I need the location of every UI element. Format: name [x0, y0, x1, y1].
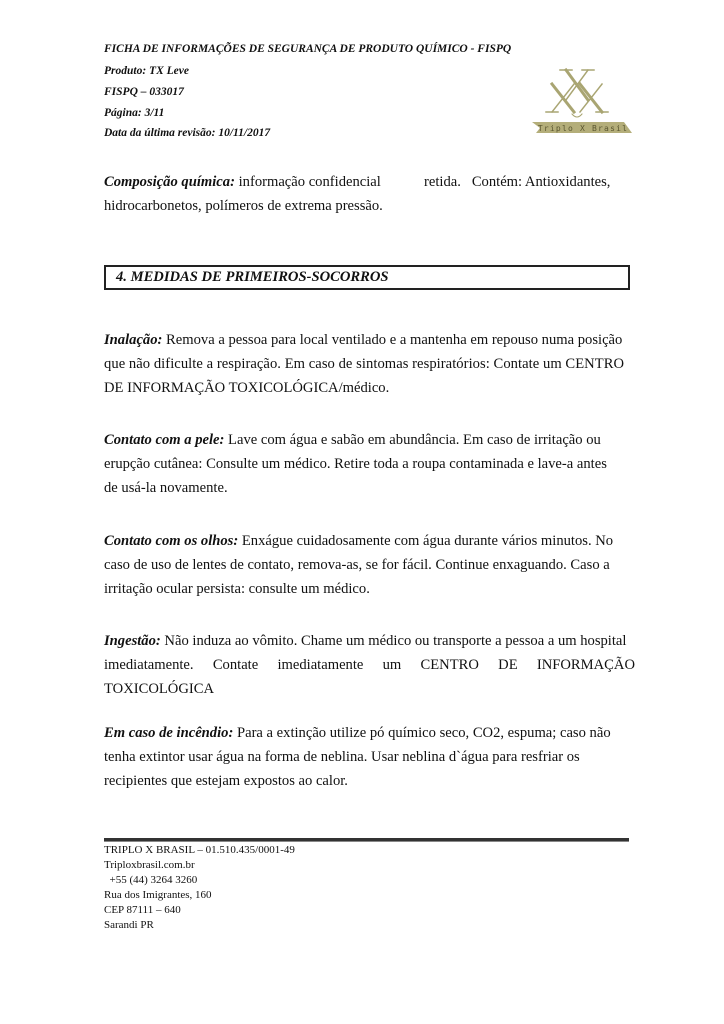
composition-label: Composição química: [104, 174, 235, 190]
fire-label: Em caso de incêndio: [104, 725, 233, 741]
fispq-number: FISPQ – 033017 [104, 85, 184, 99]
inhalation-line2: que não dificulte a respiração. Em caso … [104, 352, 635, 376]
composition-text-line2: hidrocarbonetos, polímeros de extrema pr… [104, 194, 635, 218]
fire-line2: tenha extintor usar água na forma de neb… [104, 745, 635, 769]
footer-city: Sarandi PR [104, 918, 154, 933]
eyes-line2: caso de uso de lentes de contato, remova… [104, 553, 635, 577]
page-number: Página: 3/11 [104, 106, 164, 120]
product-name: Produto: TX Leve [104, 64, 189, 78]
svg-text:Triplo X Brasil: Triplo X Brasil [538, 124, 628, 133]
skin-line3: de usá-la novamente. [104, 476, 635, 500]
triple-x-logo-icon: Triplo X Brasil [528, 62, 638, 140]
ingestion-line2: imediatamente. Contate imediatamente um … [104, 653, 635, 677]
eyes-line1: Enxágue cuidadosamente com água durante … [242, 533, 613, 549]
skin-contact-paragraph: Contato com a pele: Lave com água e sabã… [104, 428, 635, 500]
inhalation-line3: DE INFORMAÇÃO TOXICOLÓGICA/médico. [104, 376, 635, 400]
composition-text-left: informação confidencial [239, 174, 381, 190]
section-heading-box: 4. MEDIDAS DE PRIMEIROS-SOCORROS [104, 265, 630, 290]
eye-contact-paragraph: Contato com os olhos: Enxágue cuidadosam… [104, 529, 635, 601]
ingestion-paragraph: Ingestão: Não induza ao vômito. Chame um… [104, 629, 635, 701]
ingestion-line3: TOXICOLÓGICA [104, 677, 635, 701]
ingestion-line1: Não induza ao vômito. Chame um médico ou… [164, 633, 626, 649]
inhalation-label: Inalação: [104, 332, 162, 348]
composition-text-right: retida. Contém: Antioxidantes, [424, 170, 610, 194]
skin-line1: Lave com água e sabão em abundância. Em … [228, 432, 601, 448]
skin-contact-label: Contato com a pele: [104, 432, 224, 448]
word: imediatamente. [104, 653, 194, 677]
fire-line1: Para a extinção utilize pó químico seco,… [237, 725, 611, 741]
eyes-line3: irritação ocular persista: consulte um m… [104, 577, 635, 601]
section-title: 4. MEDIDAS DE PRIMEIROS-SOCORROS [116, 268, 389, 287]
word: INFORMAÇÃO [537, 653, 635, 677]
skin-line2: erupção cutânea: Consulte um médico. Ret… [104, 452, 635, 476]
inhalation-line1: Remova a pessoa para local ventilado e a… [166, 332, 622, 348]
fire-paragraph: Em caso de incêndio: Para a extinção uti… [104, 721, 635, 793]
word: imediatamente [277, 653, 363, 677]
company-logo: Triplo X Brasil [528, 62, 638, 140]
revision-date: Data da última revisão: 10/11/2017 [104, 126, 270, 140]
inhalation-paragraph: Inalação: Remova a pessoa para local ven… [104, 328, 635, 400]
word: Contate [213, 653, 258, 677]
word: DE [498, 653, 517, 677]
fire-line3: recipientes que estejam expostos ao calo… [104, 769, 635, 793]
eye-contact-label: Contato com os olhos: [104, 533, 238, 549]
footer-company: TRIPLO X BRASIL – 01.510.435/0001-49 [104, 843, 295, 858]
ingestion-label: Ingestão: [104, 633, 161, 649]
footer-address: Rua dos Imigrantes, 160 [104, 888, 212, 903]
footer-website[interactable]: Triploxbrasil.com.br [104, 858, 195, 873]
footer-cep: CEP 87111 – 640 [104, 903, 181, 918]
composition-paragraph: Composição química: informação confidenc… [104, 170, 635, 218]
word: CENTRO [421, 653, 479, 677]
word: um [383, 653, 402, 677]
document-title: FICHA DE INFORMAÇÕES DE SEGURANÇA DE PRO… [104, 42, 511, 56]
footer-divider [104, 838, 629, 842]
footer-phone: +55 (44) 3264 3260 [104, 873, 197, 888]
